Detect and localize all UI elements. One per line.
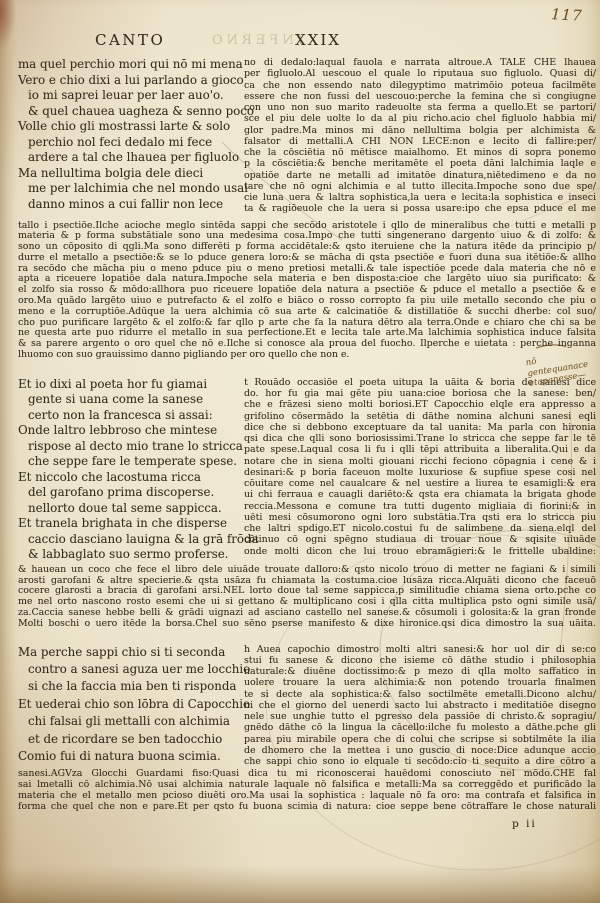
commentary-line: grifolino cōsermādo la setētia di dāthe … [244, 411, 596, 422]
commentary-line: ca che non essendo nato dilegyptimo matr… [244, 80, 596, 91]
commentary-line: durre el metallo a psectiōe:& se lo pduc… [18, 253, 596, 264]
commentary-line: lhuomo con suo grauissimo danno pigliand… [18, 350, 596, 361]
poem-line: & labbaglato suo sermo proferse. [18, 547, 244, 563]
commentary-line: che la cōsciētia nō mētisce maialhomo. E… [244, 147, 596, 158]
commentary-line: Molti boschi o uero itēde la borsa.Chel … [18, 619, 596, 630]
poem-line: si che la faccia mia ben ti risponda [18, 678, 244, 695]
poem-line: certo non la francesca si assai: [18, 408, 244, 424]
poem-line: che seppe fare le temperate spese. [18, 454, 244, 470]
commentary-line: za.Caccia sanese hebbe belli & grādi uig… [18, 608, 596, 619]
commentary-column-a: no di dedalo:laqual fauola e narrata alt… [244, 57, 596, 215]
poem-column-b: Et io dixi al poeta hor fu giamaigente s… [18, 377, 244, 563]
poem-line: Ma nellultima bolgia dele dieci [18, 166, 244, 182]
poem-column-c: Ma perche sappi chio si ti secondacontro… [18, 644, 244, 766]
commentary-line: dice che si debbono exceptuare da tal ua… [244, 422, 596, 433]
commentary-full-width-c: sanesi.AGVza Glocchi Guardami fiso:Quasi… [18, 769, 596, 812]
commentary-line: ra secōdo che mācha piu o meno pduce piu… [18, 264, 596, 275]
commentary-line: arosti garofani & altre specierie.& qsta… [18, 576, 596, 587]
commentary-line: cocere glarosti a bracia di garofani ars… [18, 586, 596, 597]
commentary-line: uolere trouare la uera alchimia:& non po… [244, 677, 596, 688]
poem-column-a: ma quel perchio mori qui nō mi menaVero … [18, 57, 244, 212]
commentary-line: glor padre.Ma minos mi dāno nellultima b… [244, 125, 596, 136]
poem-line: chi falsai gli mettalli con alchimia [18, 713, 244, 730]
commentary-line: per figluolo.Al uescouo el quale lo ripu… [244, 68, 596, 79]
poem-line: nellorto doue tal seme sappicca. [18, 501, 244, 517]
commentary-line: de dhomero che la mettea i uno guscio di… [244, 745, 596, 756]
running-header: CANTO INFERNO XXIX [0, 31, 600, 51]
commentary-line: gnēdo dāthe cō la lingua la cācello:ilch… [244, 722, 596, 733]
poem-line: Comio fui di natura buona scimia. [18, 748, 244, 765]
running-title-canto-number: XXIX [295, 31, 341, 49]
poem-line: del garofano prima discoperse. [18, 485, 244, 501]
commentary-line: cōuitare come nel caualcare & nel uestir… [244, 478, 596, 489]
signature-row: p ii [18, 818, 596, 830]
commentary-line: & hauean un coco che fece el libro dele … [18, 565, 596, 576]
commentary-line: materia & p forma substātiale sono una m… [18, 231, 596, 242]
poem-line: rispose al decto mio trane lo stricca [18, 439, 244, 455]
poem-line: ma quel perchio mori qui nō mi mena [18, 57, 244, 73]
poem-line: io mi saprei leuar per laer auo'o. [18, 88, 244, 104]
commentary-line: ni che el giorno del uenerdi sacto lui a… [244, 700, 596, 711]
commentary-line: p la cōsciētia:& benche meritamēte el po… [244, 158, 596, 169]
poem-line: gente si uana come la sanese [18, 392, 244, 408]
commentary-line: meno e la corruptiōe.Adūque la uera alch… [18, 307, 596, 318]
showthrough-inferno-text: INFERNO [208, 33, 303, 48]
poem-line: Onde laltro lebbroso che mintese [18, 423, 244, 439]
commentary-line: materia che el metallo men pcioso diuēti… [18, 791, 596, 802]
poem-line: contro a sanesi aguza uer me locchio [18, 661, 244, 678]
poem-line: Et uederai chio son lōbra di Capocchio [18, 696, 244, 713]
page-bottom-edge [0, 865, 600, 903]
poem-line: et de ricordare se ben tadocchio [18, 731, 244, 748]
poem-line: Vero e chio dixi a lui parlando a gioco [18, 73, 244, 89]
commentary-line: sce el piu dele uolte lo da al piu richo… [244, 113, 596, 124]
commentary-line: parea piu mirabile opera che di colui ch… [244, 734, 596, 745]
poem-line: Ma perche sappi chio si ti seconda [18, 644, 244, 661]
commentary-line: che sappi chio sono io elquale ti secōdo… [244, 756, 596, 767]
text-block: ma quel perchio mori qui nō mi menaVero … [18, 57, 596, 830]
book-page: 117 CANTO INFERNO XXIX ma quel perchio m… [0, 0, 600, 903]
running-title-canto: CANTO [95, 31, 165, 49]
commentary-line: qsi dica che qlli sono boriosissimi.Tran… [244, 433, 596, 444]
commentary-line: onde molti dicon che lui trouo ebramāgie… [244, 546, 596, 557]
commentary-line: me nel orto nascono rosto esemi che ui s… [18, 597, 596, 608]
poem-line: Et niccolo che lacostuma ricca [18, 470, 244, 486]
poem-line: Volle chio gli mostrassi larte & solo [18, 119, 244, 135]
commentary-line: uēti mesi cōsumorono ogni loro substātia… [244, 512, 596, 523]
commentary-line: tare che nō ogni alchimia e al tutto ill… [244, 181, 596, 192]
poem-line: me per lalchimia che nel mondo usai [18, 181, 244, 197]
poem-line: Et io dixi al poeta hor fu giamai [18, 377, 244, 393]
commentary-line: opatiōe darte ne metalli ad imitatōe din… [244, 170, 596, 181]
commentary-line: no di dedalo:laqual fauola e narrata alt… [244, 57, 596, 68]
commentary-line: do. hor fu gia mai gēte piu uana:cioe bo… [244, 388, 596, 399]
quire-signature-mark: p ii [512, 818, 537, 830]
section-c: Ma perche sappi chio si ti secondacontro… [18, 644, 596, 768]
commentary-line: falsator di mettalli.A CHI NON LECE:non … [244, 136, 596, 147]
poem-line: caccio dasciano lauigna & la grā frōda [18, 532, 244, 548]
commentary-line: & sa parere argento o oro quel che nō e.… [18, 339, 596, 350]
poem-line: ardere a tal che lhauea per figluolo [18, 150, 244, 166]
commentary-column-c: h Auea capochio dimostro molti altri san… [244, 644, 596, 768]
poem-line: perchio nol feci dedalo mi fece [18, 135, 244, 151]
handwritten-page-number: 117 [551, 5, 584, 25]
commentary-line: cōtinuo cō ogni spēgno studiaua di troua… [244, 534, 596, 545]
commentary-line: tallo i psectiōe.Ilche acioche meglo sin… [18, 221, 596, 232]
commentary-line: ne questa arte puo ridurre el metallo in… [18, 328, 596, 339]
commentary-line: sanesi.AGVza Glocchi Guardami fiso:Quasi… [18, 769, 596, 780]
commentary-line: con uno non suo marito radeuolte sta fer… [244, 102, 596, 113]
commentary-line: nele sue unghie tutto el pgresso dela pa… [244, 711, 596, 722]
commentary-line: ui chi ferraua e cauagli dariēto:& qsta … [244, 489, 596, 500]
commentary-line: ta & ragiōeuole che la uera si possa usa… [244, 203, 596, 214]
commentary-column-b: t Rouādo occasiōe el poeta uitupa la uāi… [244, 377, 596, 557]
commentary-line: sai lmetalli cō alchimia.Nō usai alchimi… [18, 780, 596, 791]
section-b: Et io dixi al poeta hor fu giamaigente s… [18, 377, 596, 563]
commentary-line: cho puo purificare largēto & el zolfo:& … [18, 318, 596, 329]
commentary-line: reccia.Messona e comune tra tutti dugent… [244, 501, 596, 512]
commentary-full-width-b: & hauean un coco che fece el libro dele … [18, 565, 596, 630]
commentary-line: apta a riceuere lopatiōe dala natura.Imp… [18, 274, 596, 285]
commentary-line: essere che non fussi del uescouo:perche … [244, 91, 596, 102]
commentary-line: sono un cōposito di qgli.Ma sono differē… [18, 242, 596, 253]
commentary-line: che e frāzesi sieno molti boriosi.ET Cap… [244, 399, 596, 410]
commentary-line: oro.Ma quādo largēto uiuo e putrefacto &… [18, 296, 596, 307]
poem-line: danno minos a cui fallir non lece [18, 197, 244, 213]
section-a: ma quel perchio mori qui nō mi menaVero … [18, 57, 596, 215]
commentary-line: desinari:& p boria faceuon molte luxurio… [244, 467, 596, 478]
commentary-line: cie luna uera & laltra sophistica,la uer… [244, 192, 596, 203]
commentary-line: h Auea capochio dimostro molti altri san… [244, 644, 596, 655]
poem-line: Et tranela brighata in che disperse [18, 516, 244, 532]
commentary-line: forma che quel che non e pare.Et per qst… [18, 802, 596, 813]
commentary-line: che laltri spdigo.ET nicolo.costui fu de… [244, 523, 596, 534]
commentary-line: stui fu sanese & dicono che isieme cō dā… [244, 655, 596, 666]
commentary-line: te si decte ala sophistica:& falso socti… [244, 689, 596, 700]
commentary-line: notare che in siena molti giouani ricchi… [244, 456, 596, 467]
poem-line: & quel chauea uagheza & senno poco [18, 104, 244, 120]
commentary-line: naturale:& diuēne doctissimo:& p mezo di… [244, 666, 596, 677]
commentary-line: el zolfo sia rosso & mōdo:allhora puo ri… [18, 285, 596, 296]
commentary-line: pate spese.Laqual cosa li fu i qlli tēpi… [244, 444, 596, 455]
commentary-full-width-a: tallo i psectiōe.Ilche acioche meglo sin… [18, 221, 596, 361]
